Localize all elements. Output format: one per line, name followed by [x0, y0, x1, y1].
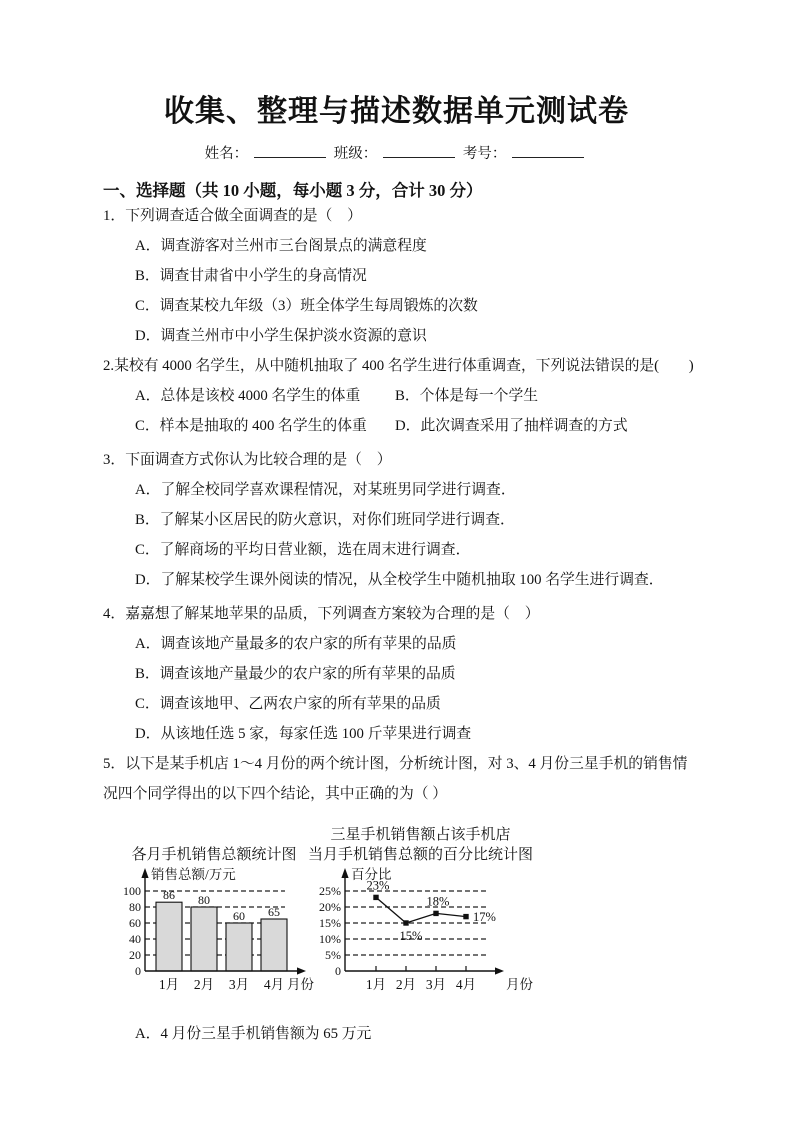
question-2-stem: 2.某校有 4000 名学生，从中随机抽取了 400 名学生进行体重调查，下列说… — [103, 351, 703, 381]
class-label: 班级： — [334, 146, 378, 162]
question-2-option-d: D．此次调查采用了抽样调查的方式 — [395, 411, 703, 441]
svg-text:2月: 2月 — [194, 977, 214, 992]
svg-text:15%: 15% — [400, 929, 423, 943]
svg-text:80: 80 — [129, 900, 141, 914]
question-5-option-a: A．4 月份三星手机销售额为 65 万元 — [103, 1019, 703, 1049]
svg-text:25%: 25% — [319, 884, 341, 898]
svg-text:100: 100 — [123, 884, 141, 898]
svg-text:60: 60 — [233, 909, 245, 923]
class-blank — [383, 142, 455, 158]
question-5-stem-line2: 况四个同学得出的以下四个结论，其中正确的为（ ） — [103, 779, 703, 809]
question-5-option-a-row: A．4 月份三星手机销售额为 65 万元 — [103, 1019, 703, 1049]
svg-text:4月: 4月 — [456, 977, 476, 992]
question-3-stem: 3．下面调查方式你认为比较合理的是（ ） — [103, 445, 703, 475]
question-4-option-a: A．调查该地产量最多的农户家的所有苹果的品质 — [103, 629, 703, 659]
page-title: 收集、整理与描述数据单元测试卷 — [0, 0, 793, 130]
svg-text:3月: 3月 — [426, 977, 446, 992]
line-chart-title-line2: 当月手机销售总额的百分比统计图 — [303, 845, 538, 865]
svg-text:2月: 2月 — [396, 977, 416, 992]
svg-text:销售总额/万元: 销售总额/万元 — [151, 866, 236, 882]
bar-chart-canvas: 020406080100861月802月603月654月销售总额/万元月份 — [113, 865, 315, 1007]
svg-text:1月: 1月 — [366, 977, 386, 992]
svg-text:0: 0 — [335, 964, 341, 978]
paper-body: 一、选择题（共 10 小题，每小题 3 分，合计 30 分） 1．下列调查适合做… — [103, 177, 703, 1049]
svg-text:20%: 20% — [319, 900, 341, 914]
svg-text:百分比: 百分比 — [351, 867, 392, 882]
bar-chart-title: 各月手机销售总额统计图 — [113, 821, 315, 865]
question-4-option-c: C．调查该地甲、乙两农户家的所有苹果的品质 — [103, 689, 703, 719]
question-1-option-a: A．调查游客对兰州市三台阁景点的满意程度 — [103, 231, 703, 261]
examno-blank — [512, 142, 584, 158]
question-1-option-b: B．调查甘肃省中小学生的身高情况 — [103, 261, 703, 291]
svg-text:17%: 17% — [473, 910, 496, 924]
question-1-option-d: D．调查兰州市中小学生保护淡水资源的意识 — [103, 321, 703, 351]
svg-text:60: 60 — [129, 916, 141, 930]
line-chart-title-line1: 三星手机销售额占该手机店 — [303, 825, 538, 845]
question-1-stem: 1．下列调查适合做全面调查的是（ ） — [103, 201, 703, 231]
monthly-sales-bar-chart: 各月手机销售总额统计图 020406080100861月802月603月654月… — [113, 821, 315, 1007]
svg-text:40: 40 — [129, 932, 141, 946]
question-2-option-a: A．总体是该校 4000 名学生的体重 — [135, 381, 395, 411]
question-3-option-a: A．了解全校同学喜欢课程情况，对某班男同学进行调查． — [103, 475, 703, 505]
svg-text:3月: 3月 — [229, 977, 249, 992]
question-3-option-b: B．了解某小区居民的防火意识，对你们班同学进行调查． — [103, 505, 703, 535]
question-4-option-d: D．从该地任选 5 家，每家任选 100 斤苹果进行调查 — [103, 719, 703, 749]
question-4-option-b: B．调查该地产量最少的农户家的所有苹果的品质 — [103, 659, 703, 689]
question-5-stem-line1: 5．以下是某手机店 1～4 月份的两个统计图，分析统计图，对 3、4 月份三星手… — [103, 749, 703, 779]
question-5: 5．以下是某手机店 1～4 月份的两个统计图，分析统计图，对 3、4 月份三星手… — [103, 749, 703, 809]
svg-text:5%: 5% — [325, 948, 341, 962]
svg-text:月份: 月份 — [506, 977, 534, 992]
svg-text:10%: 10% — [319, 932, 341, 946]
bar-chart-title-line: 各月手机销售总额统计图 — [113, 845, 315, 865]
question-2-option-c: C．样本是抽取的 400 名学生的体重 — [135, 411, 395, 441]
svg-text:15%: 15% — [319, 916, 341, 930]
section-heading: 一、选择题（共 10 小题，每小题 3 分，合计 30 分） — [103, 177, 703, 201]
test-paper-page: 收集、整理与描述数据单元测试卷 姓名： 班级： 考号： 一、选择题（共 10 小… — [0, 0, 793, 1122]
question-1-option-c: C．调查某校九年级（3）班全体学生每周锻炼的次数 — [103, 291, 703, 321]
svg-text:65: 65 — [268, 905, 280, 919]
question-5-charts: 各月手机销售总额统计图 020406080100861月802月603月654月… — [113, 821, 703, 1007]
name-blank — [254, 142, 326, 158]
question-4: 4．嘉嘉想了解某地苹果的品质，下列调查方案较为合理的是（ ） A．调查该地产量最… — [103, 599, 703, 749]
name-label: 姓名： — [205, 146, 249, 162]
svg-text:1月: 1月 — [159, 977, 179, 992]
question-4-stem: 4．嘉嘉想了解某地苹果的品质，下列调查方案较为合理的是（ ） — [103, 599, 703, 629]
svg-text:86: 86 — [163, 888, 175, 902]
svg-text:80: 80 — [198, 893, 210, 907]
question-1: 1．下列调查适合做全面调查的是（ ） A．调查游客对兰州市三台阁景点的满意程度 … — [103, 201, 703, 351]
examno-label: 考号： — [463, 146, 507, 162]
svg-text:4月: 4月 — [264, 977, 284, 992]
svg-text:20: 20 — [129, 948, 141, 962]
svg-text:18%: 18% — [427, 894, 450, 908]
question-2-option-b: B．个体是每一个学生 — [395, 381, 703, 411]
student-info-line: 姓名： 班级： 考号： — [0, 142, 793, 163]
question-2-options: A．总体是该校 4000 名学生的体重 B．个体是每一个学生 C．样本是抽取的 … — [103, 381, 703, 441]
question-3-option-c: C．了解商场的平均日营业额，选在周末进行调查． — [103, 535, 703, 565]
line-chart-canvas: 05%10%15%20%25%1月23%2月15%3月18%4月17%百分比月份 — [303, 865, 537, 1007]
question-3: 3．下面调查方式你认为比较合理的是（ ） A．了解全校同学喜欢课程情况，对某班男… — [103, 445, 703, 595]
question-2: 2.某校有 4000 名学生，从中随机抽取了 400 名学生进行体重调查，下列说… — [103, 351, 703, 441]
svg-text:0: 0 — [135, 964, 141, 978]
percentage-line-chart: 三星手机销售额占该手机店 当月手机销售总额的百分比统计图 05%10%15%20… — [303, 821, 538, 1007]
line-chart-title: 三星手机销售额占该手机店 当月手机销售总额的百分比统计图 — [303, 821, 538, 865]
question-3-option-d: D．了解某校学生课外阅读的情况，从全校学生中随机抽取 100 名学生进行调查． — [103, 565, 703, 595]
